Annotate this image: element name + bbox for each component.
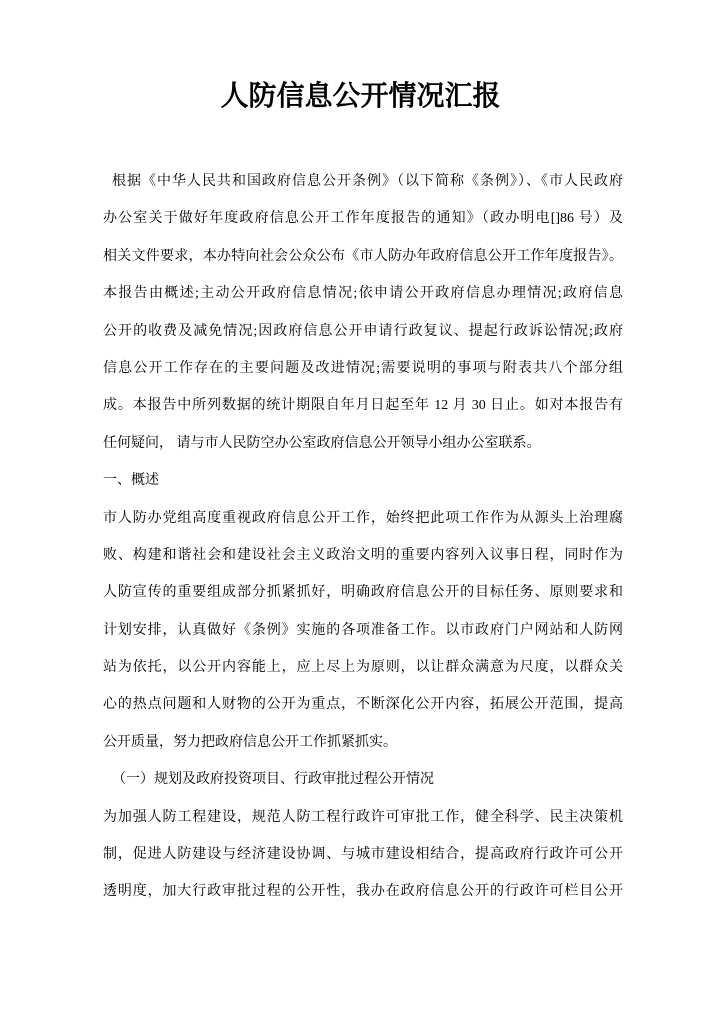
document-page: 人防信息公开情况汇报 根据《中华人民共和国政府信息公开条例》（以下简称《条例》）… [0, 0, 721, 1020]
text-line: 败、构建和谐社会和建设社会主义政治文明的重要内容列入议事日程，同时作为 [103, 537, 623, 574]
text-line: 计划安排，认真做好《条例》实施的各项准备工作。以市政府门户网站和人防网 [103, 612, 623, 649]
text-line: 市人防办党组高度重视政府信息公开工作，始终把此项工作作为从源头上治理腐 [103, 500, 623, 537]
document-title: 人防信息公开情况汇报 [0, 78, 721, 116]
text-line: 任何疑问， 请与市人民防空办公室政府信息公开领导小组办公室联系。 [103, 425, 623, 462]
section-heading: 一、概述 [103, 462, 623, 499]
document-body: 根据《中华人民共和国政府信息公开条例》（以下简称《条例》）、《市人民政府办公室关… [103, 163, 623, 911]
text-line: 办公室关于做好年度政府信息公开工作年度报告的通知》（政办明电[]86 号）及 [103, 200, 623, 237]
section-heading: （一）规划及政府投资项目、行政审批过程公开情况 [103, 761, 623, 798]
text-line: 公开的收费及减免情况;因政府信息公开申请行政复议、提起行政诉讼情况;政府 [103, 313, 623, 350]
text-line: 相关文件要求，本办特向社会公众公布《市人防办年政府信息公开工作年度报告》。 [103, 238, 623, 275]
text-line: 制，促进人防建设与经济建设协调、与城市建设相结合，提高政府行政许可公开 [103, 836, 623, 873]
text-line: 公开质量，努力把政府信息公开工作抓紧抓实。 [103, 724, 623, 761]
text-line: 心的热点问题和人财物的公开为重点，不断深化公开内容，拓展公开范围，提高 [103, 686, 623, 723]
text-line: 根据《中华人民共和国政府信息公开条例》（以下简称《条例》）、《市人民政府 [103, 163, 623, 200]
text-line: 透明度，加大行政审批过程的公开性，我办在政府信息公开的行政许可栏目公开 [103, 873, 623, 910]
text-line: 成。本报告中所列数据的统计期限自年月日起至年 12 月 30 日止。如对本报告有 [103, 387, 623, 424]
text-line: 信息公开工作存在的主要问题及改进情况;需要说明的事项与附表共八个部分组 [103, 350, 623, 387]
text-line: 为加强人防工程建设，规范人防工程行政许可审批工作，健全科学、民主决策机 [103, 799, 623, 836]
text-line: 站为依托，以公开内容能上，应上尽上为原则，以让群众满意为尺度，以群众关 [103, 649, 623, 686]
text-line: 本报告由概述;主动公开政府信息情况;依申请公开政府信息办理情况;政府信息 [103, 275, 623, 312]
text-line: 人防宣传的重要组成部分抓紧抓好，明确政府信息公开的目标任务、原则要求和 [103, 574, 623, 611]
